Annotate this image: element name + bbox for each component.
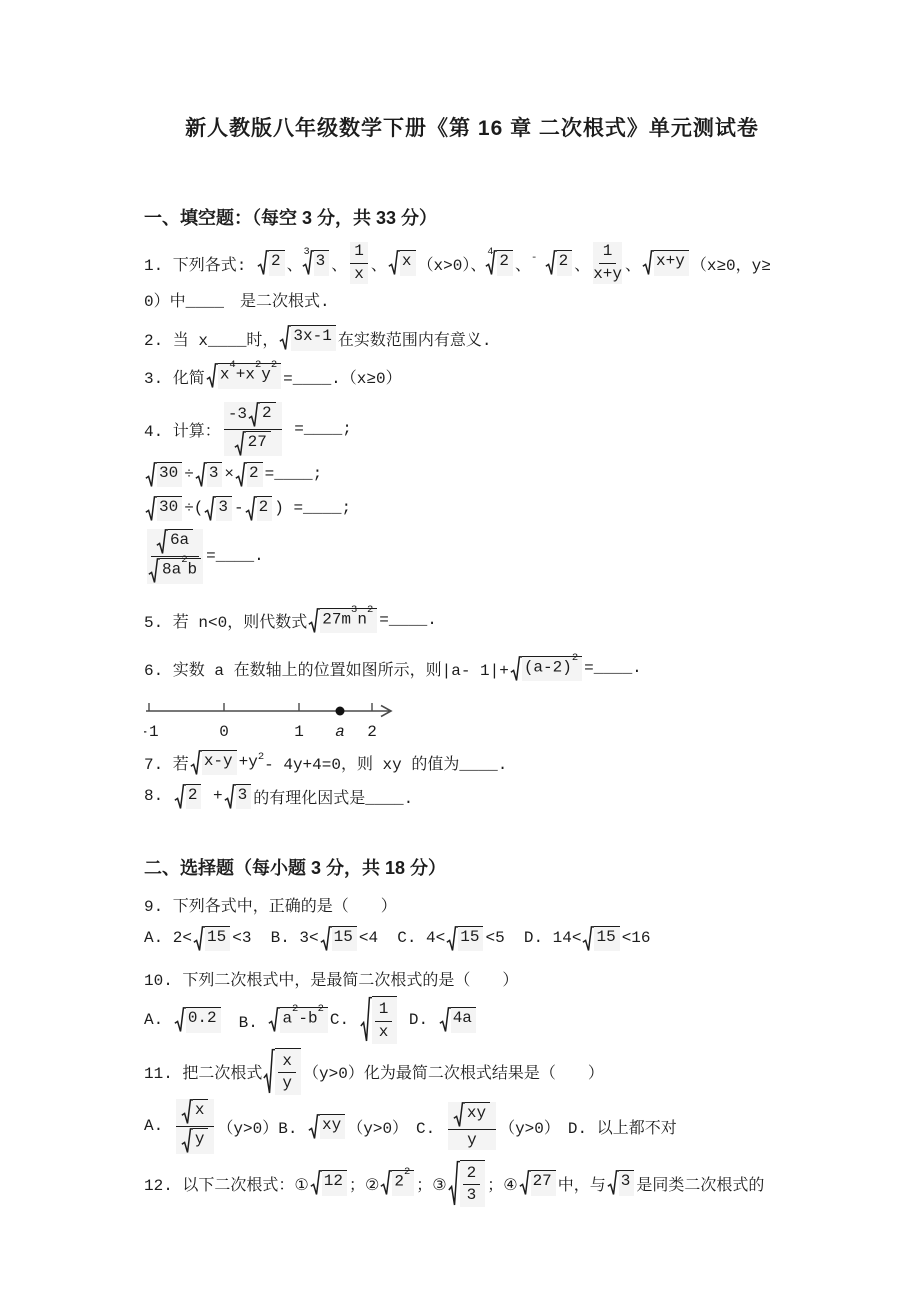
radicand-text: y [261, 365, 271, 383]
fraction-denominator: y [180, 1127, 211, 1154]
radical-sign-icon [224, 784, 236, 810]
exponent: 2 [181, 554, 187, 566]
sqrt: 3x-1 [279, 325, 335, 351]
sqrt-of-fraction: 23 [448, 1160, 486, 1207]
radical-sign-icon [320, 926, 332, 952]
q4-text: - [234, 499, 244, 517]
fraction-numerator: xy [448, 1102, 496, 1130]
q11-text: 11. 把二次根式 [144, 1060, 262, 1083]
q1-text: 1. 下列各式: [144, 252, 256, 275]
question-4-line-2: 30 ÷ 3 × 2 =____; [144, 460, 800, 488]
q5-text: =____. [379, 611, 437, 629]
q1-text: 、 [371, 252, 387, 275]
question-9-options: A. 2< 15 <3 B. 3< 15 <4 C. 4< 15 <5 D. 1… [144, 924, 800, 952]
fraction-numerator: -32 [224, 402, 282, 430]
q12-text: 12. 以下二次根式：① [144, 1172, 309, 1195]
fraction-denominator: y [282, 1073, 292, 1093]
radical-sign-icon [156, 529, 168, 555]
radicand: x [193, 1099, 209, 1125]
q4-text: 4. 计算： [144, 418, 221, 441]
question-1-line-2: 0）中____ 是二次根式. [144, 286, 800, 312]
radicand: 1x [372, 996, 398, 1043]
q1-text: 、 [331, 252, 347, 275]
sqrt: x+y [642, 250, 689, 276]
radicand-text: (a-2) [524, 658, 572, 676]
q10-option-text: B. [223, 1009, 268, 1032]
radical-sign-icon [510, 656, 522, 682]
sqrt: 15 [446, 926, 483, 952]
radical-sign-icon [204, 496, 216, 522]
radical-sign-icon [190, 750, 202, 776]
radicand-text: n [357, 610, 367, 628]
sqrt: x4+x2y2 [206, 363, 281, 389]
question-8: 8. 2 + 3 的有理化因式是____. [144, 782, 800, 810]
exponent: 2 [271, 359, 277, 371]
radical-sign-icon [308, 608, 320, 634]
radicand-text: 2 [394, 1173, 404, 1191]
radicand: 12 [322, 1170, 347, 1196]
radicand: 3 [207, 462, 223, 488]
exponent: 2 [258, 752, 264, 763]
q7-text: - 4y+4=0，则 xy 的值为____. [264, 751, 507, 774]
fraction-numerator: 1 [375, 1000, 393, 1021]
radical-sign-icon [181, 1128, 193, 1154]
q9-option-text: <16 [622, 929, 651, 947]
fraction-numerator: 6a [151, 529, 199, 557]
fraction: xy [278, 1052, 296, 1093]
radicand: y [193, 1128, 209, 1154]
radicand-text: -b [298, 1010, 317, 1028]
question-10-stem: 10. 下列二次根式中，是最简二次根式的是（ ） [144, 966, 800, 990]
radicand: 22 [392, 1170, 414, 1196]
q9-text: 9. 下列各式中，正确的是（ ） [144, 893, 397, 916]
sqrt: 15 [193, 926, 230, 952]
cube-root: 33 [304, 250, 330, 276]
radical-sign-icon [279, 325, 291, 351]
fraction-denominator: 27 [233, 430, 273, 457]
exponent: 2 [255, 359, 261, 371]
q2-text: 2. 当 x____时， [144, 327, 278, 350]
q7-text: 7. 若 [144, 751, 189, 774]
q11-option-text: （y>0）B. [217, 1115, 307, 1138]
radicand: x+y [654, 250, 689, 276]
fraction-numerator: 2 [463, 1164, 481, 1185]
sqrt: 30 [145, 496, 182, 522]
q12-text: 中，与 [558, 1172, 606, 1195]
q9-option-text: <5 D. 14< [485, 929, 581, 947]
tick-label: 1 [294, 723, 304, 741]
sqrt: x [388, 250, 416, 276]
radicand: 8a2b [160, 558, 201, 584]
question-7: 7. 若 x-y +y 2 - 4y+4=0，则 xy 的值为____. [144, 748, 800, 776]
fraction: -32 27 [224, 402, 282, 456]
q6-text: 6. 实数 a 在数轴上的位置如图所示，则|a- 1|+ [144, 657, 509, 680]
exponent: 3 [351, 604, 357, 616]
radicand: 3x-1 [291, 325, 335, 351]
sqrt: xy [308, 1114, 345, 1140]
radical-sign-icon [148, 558, 160, 584]
sqrt: 2 [235, 462, 263, 488]
radical-sign-icon [174, 1007, 186, 1033]
fraction: x y [176, 1099, 215, 1153]
tick-label: -1 [144, 723, 159, 741]
radicand: 2 [269, 250, 285, 276]
fraction-denominator: x+y [593, 264, 622, 284]
radicand: 3 [216, 496, 232, 522]
numerator-text: -3 [228, 405, 247, 424]
sqrt: 15 [320, 926, 357, 952]
radical-sign-icon [263, 1048, 275, 1095]
exponent: 2 [572, 652, 578, 664]
page-title: 新人教版八年级数学下册《第 16 章 二次根式》单元测试卷 [144, 112, 800, 142]
sqrt: 2 [545, 250, 573, 276]
radical-sign-icon [360, 996, 372, 1043]
radical-sign-icon [235, 462, 247, 488]
sqrt: 8a2b [148, 558, 201, 584]
radicand: 2 [260, 402, 276, 428]
q9-option-text: <4 C. 4< [359, 929, 445, 947]
document-page: 新人教版八年级数学下册《第 16 章 二次根式》单元测试卷 一、填空题：（每空 … [0, 0, 920, 1302]
sqrt: 0.2 [174, 1007, 221, 1033]
radical-sign-icon [545, 250, 557, 276]
radicand: xy [465, 1102, 490, 1128]
fraction: 1x [375, 1000, 393, 1041]
fraction-denominator: 3 [467, 1185, 477, 1205]
root-index: 4 [487, 248, 493, 258]
radicand: 30 [157, 496, 182, 522]
sqrt: 6a [156, 529, 193, 555]
radicand: xy [320, 1114, 345, 1140]
radical-sign-icon [607, 1170, 619, 1196]
q12-text: 是同类二次根式的 [636, 1172, 764, 1195]
question-2: 2. 当 x____时， 3x-1 在实数范围内有意义. [144, 324, 800, 352]
radical-sign-icon [380, 1170, 392, 1196]
q4-text: =____; [265, 465, 323, 483]
q4-text: ÷( [184, 499, 203, 517]
sqrt: 3 [204, 496, 232, 522]
q6-text: =____. [584, 659, 642, 677]
radical-sign-icon [519, 1170, 531, 1196]
q4-text: ÷ [184, 465, 194, 483]
sqrt: 2 [257, 250, 285, 276]
radicand-text: a [282, 1010, 292, 1028]
question-4-line-1: 4. 计算： -32 27 =____; [144, 402, 800, 456]
radicand: xy [275, 1048, 301, 1095]
radicand: 15 [205, 926, 230, 952]
sqrt: 27 [234, 431, 271, 457]
fraction-numerator: 1 [350, 242, 368, 263]
sqrt: 3 [224, 784, 252, 810]
exponent: 2 [404, 1166, 410, 1178]
radicand-text: +x [236, 365, 255, 383]
sqrt: y [181, 1128, 209, 1154]
q11-text: （y>0）化为最简二次根式结果是（ ） [303, 1060, 604, 1083]
radicand-text: 27m [322, 610, 351, 628]
radical-sign-icon [453, 1102, 465, 1128]
root-index: 3 [304, 248, 310, 258]
question-1-line-1: 1. 下列各式: 2 、 33 、 1x 、 x （x>0）、 42 、 - 2… [144, 240, 800, 286]
q4-text: =____. [206, 547, 264, 565]
radical-sign-icon [195, 462, 207, 488]
fraction: 1x+y [593, 242, 622, 283]
fraction: 23 [463, 1164, 481, 1205]
fourth-root: 42 [487, 250, 513, 276]
radical-sign-icon [446, 926, 458, 952]
exponent: 2 [318, 1003, 324, 1015]
fraction-denominator: x [379, 1022, 389, 1042]
q1-text: 、 [287, 252, 303, 275]
fraction-numerator: x [278, 1052, 296, 1073]
radicand: 15 [332, 926, 357, 952]
question-5: 5. 若 n<0，则代数式 27m3n2 =____. [144, 604, 800, 636]
question-3: 3. 化简 x4+x2y2 =____.（x≥0） [144, 360, 800, 392]
fraction-denominator: y [467, 1130, 477, 1150]
point-a-dot [336, 707, 345, 716]
sqrt: 27m3n2 [308, 608, 377, 634]
q7-text: +y [239, 753, 258, 771]
sqrt: 15 [582, 926, 619, 952]
question-9-stem: 9. 下列各式中，正确的是（ ） [144, 892, 800, 916]
q4-text: ) =____; [274, 499, 351, 517]
radicand: 3 [619, 1170, 635, 1196]
radicand: 6a [168, 529, 193, 555]
radicand: 15 [458, 926, 483, 952]
sqrt: 2 [174, 784, 202, 810]
radicand: x-y [202, 750, 237, 776]
radical-sign-icon [388, 250, 400, 276]
radicand: 2 [257, 496, 273, 522]
radical-sign-icon [245, 496, 257, 522]
sqrt: 3 [607, 1170, 635, 1196]
q9-option-text: <3 B. 3< [232, 929, 318, 947]
q1-text: 0）中____ 是二次根式. [144, 288, 330, 311]
fraction: xy y [448, 1102, 496, 1150]
section-1-header: 一、填空题：（每空 3 分，共 33 分） [144, 204, 800, 230]
radicand-text: x [220, 365, 230, 383]
radicand: x [400, 250, 416, 276]
radical-sign-icon [234, 431, 246, 457]
sqrt: 12 [310, 1170, 347, 1196]
sqrt-of-fraction: xy [263, 1048, 301, 1095]
q4-text: =____; [285, 420, 352, 438]
radical-sign-icon [642, 250, 654, 276]
q10-text: 10. 下列二次根式中，是最简二次根式的是（ ） [144, 967, 518, 990]
q2-text: 在实数范围内有意义. [338, 327, 492, 350]
sqrt: 4a [439, 1007, 476, 1033]
number-line-figure: -1 0 1 a 2 [144, 698, 400, 744]
q1-text: 、 [515, 252, 531, 275]
radicand: 23 [460, 1160, 486, 1207]
q3-text: =____.（x≥0） [283, 365, 401, 388]
radical-sign-icon [193, 926, 205, 952]
sqrt: (a-2)2 [510, 656, 582, 682]
radicand-text: 8a [162, 560, 181, 578]
q3-text: 3. 化简 [144, 365, 205, 388]
q10-option-text: C. [330, 1011, 359, 1029]
radical-sign-icon [145, 496, 157, 522]
radicand: 27m3n2 [320, 608, 377, 634]
radical-sign-icon [448, 1160, 460, 1207]
number-line-row: -1 0 1 a 2 [144, 698, 800, 744]
radicand: (a-2)2 [522, 656, 582, 682]
radical-sign-icon [257, 250, 269, 276]
q1-text: （x>0）、 [418, 252, 487, 275]
radicand: 27 [531, 1170, 556, 1196]
tick-label: 2 [367, 723, 377, 741]
radicand: 4a [451, 1007, 476, 1033]
exponent: 4 [229, 359, 235, 371]
q5-text: 5. 若 n<0，则代数式 [144, 609, 307, 632]
point-a-label: a [335, 723, 345, 741]
q12-text: ；② [349, 1172, 379, 1195]
radicand: 3 [314, 250, 330, 276]
sqrt: a2-b2 [268, 1007, 327, 1033]
radical-sign-icon [248, 402, 260, 428]
q1-text: 、 [574, 252, 590, 275]
fraction-denominator: x [354, 264, 364, 284]
radicand: a2-b2 [280, 1007, 327, 1033]
q10-option-text: A. [144, 1011, 173, 1029]
sqrt: 2 [248, 402, 276, 428]
radical-sign-icon [582, 926, 594, 952]
q11-option-text: （y>0） C. [347, 1115, 445, 1138]
radicand: 27 [246, 431, 271, 457]
q8-text: 8. [144, 787, 173, 805]
question-11-options: A. x y （y>0）B. xy （y>0） C. xy y （y>0） D.… [144, 1099, 800, 1153]
question-12: 12. 以下二次根式：① 12 ；② 22 ；③ 23 ；④ 27 中，与 3 … [144, 1160, 800, 1207]
sqrt: 22 [380, 1170, 414, 1196]
q8-text: + [203, 787, 222, 805]
question-4-line-4: 6a 8a2b =____. [144, 528, 800, 584]
radicand: 3 [236, 784, 252, 810]
fraction-denominator: 8a2b [147, 557, 203, 584]
question-6: 6. 实数 a 在数轴上的位置如图所示，则|a- 1|+ (a-2)2 =___… [144, 652, 800, 684]
radical-sign-icon [310, 1170, 322, 1196]
sqrt: 30 [145, 462, 182, 488]
question-10-options: A. 0.2 B. a2-b2 C. 1x D. 4a [144, 996, 800, 1043]
sqrt: x [181, 1099, 209, 1125]
exponent: 2 [367, 604, 373, 616]
exponent: 2 [292, 1003, 298, 1015]
negative-sign: - [531, 253, 544, 264]
question-4-line-3: 30 ÷( 3 - 2 ) =____; [144, 494, 800, 522]
fraction-numerator: x [176, 1099, 215, 1127]
q12-text: ；③ [416, 1172, 446, 1195]
q4-text: × [224, 465, 234, 483]
sqrt: x-y [190, 750, 237, 776]
fraction: 6a 8a2b [147, 529, 203, 583]
sqrt: xy [453, 1102, 490, 1128]
q12-text: ；④ [487, 1172, 517, 1195]
radicand-text: b [188, 560, 198, 578]
q8-text: 的有理化因式是____. [253, 785, 413, 808]
fraction: 1x [350, 242, 368, 283]
radicand: 2 [497, 250, 513, 276]
q11-option-text: A. [144, 1117, 173, 1135]
q1-text: （x≥0，y≥ [691, 252, 771, 275]
radical-sign-icon [268, 1007, 280, 1033]
q11-option-text: （y>0） D. 以上都不对 [499, 1115, 677, 1138]
radicand: 0.2 [186, 1007, 221, 1033]
sqrt: 2 [245, 496, 273, 522]
radical-sign-icon [145, 462, 157, 488]
q10-option-text: D. [399, 1011, 437, 1029]
radical-sign-icon [439, 1007, 451, 1033]
radical-sign-icon [206, 363, 218, 389]
sqrt-of-fraction: 1x [360, 996, 398, 1043]
sqrt: 27 [519, 1170, 556, 1196]
radicand: 30 [157, 462, 182, 488]
radical-sign-icon [181, 1099, 193, 1125]
radicand: x4+x2y2 [218, 363, 281, 389]
question-11-stem: 11. 把二次根式 xy （y>0）化为最简二次根式结果是（ ） [144, 1048, 800, 1095]
radicand: 2 [557, 250, 573, 276]
radicand: 2 [247, 462, 263, 488]
radicand: 2 [186, 784, 202, 810]
radical-sign-icon [308, 1114, 320, 1140]
q9-option-text: A. 2< [144, 929, 192, 947]
sqrt: 3 [195, 462, 223, 488]
q1-text: 、 [625, 252, 641, 275]
tick-label: 0 [219, 723, 229, 741]
radicand: 15 [594, 926, 619, 952]
fraction-numerator: 1 [599, 242, 617, 263]
section-2-header: 二、选择题（每小题 3 分，共 18 分） [144, 854, 800, 880]
radical-sign-icon [174, 784, 186, 810]
